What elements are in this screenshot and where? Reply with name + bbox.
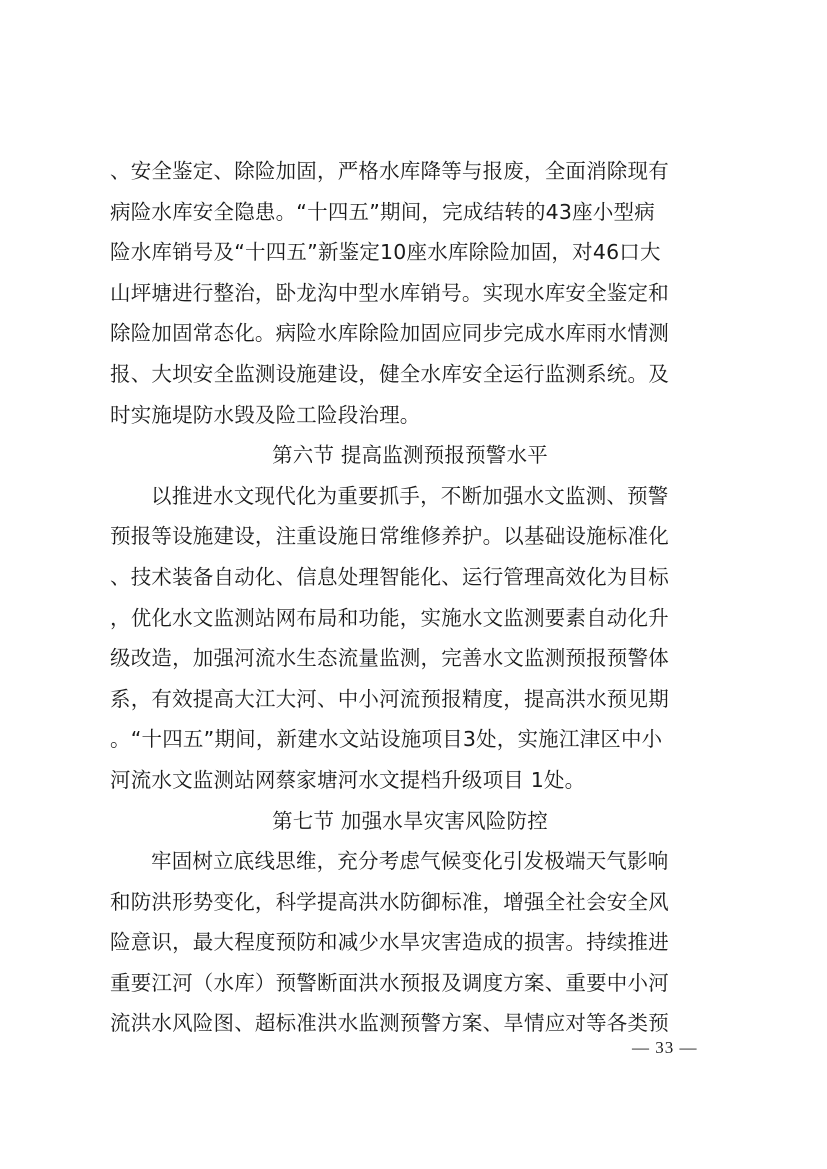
text-line: 流洪水风险图、超标准洪水监测预警方案、旱情应对等各类预: [110, 1003, 710, 1044]
text-line: 。“十四五”期间，新建水文站设施项目3处，实施江津区中小: [110, 719, 710, 760]
text-line: 、技术装备自动化、信息处理智能化、运行管理高效化为目标: [110, 557, 710, 598]
text-line: 山坪塘进行整治，卧龙沟中型水库销号。实现水库安全鉴定和: [110, 273, 710, 314]
text-line: 和防洪形势变化，科学提高洪水防御标准，增强全社会安全风: [110, 882, 710, 923]
text-line: 河流水文监测站网蔡家塘河水文提档升级项目 1处。: [110, 760, 710, 801]
text-line: 病险水库安全隐患。“十四五”期间，完成结转的43座小型病: [110, 192, 710, 233]
text-line: 、安全鉴定、除险加固，严格水库降等与报废，全面消除现有: [110, 151, 710, 192]
text-line: 时实施堤防水毁及险工险段治理。: [110, 395, 710, 436]
document-page: 、安全鉴定、除险加固，严格水库降等与报废，全面消除现有 病险水库安全隐患。“十四…: [0, 0, 827, 1169]
text-line: 除险加固常态化。病险水库除险加固应同步完成水库雨水情测: [110, 313, 710, 354]
page-number: — 33 —: [632, 1038, 698, 1058]
paragraph-start: 牢固树立底线思维，充分考虑气候变化引发极端天气影响: [110, 841, 710, 882]
paragraph-start: 以推进水文现代化为重要抓手，不断加强水文监测、预警: [110, 476, 710, 517]
body-text: 、安全鉴定、除险加固，严格水库降等与报废，全面消除现有 病险水库安全隐患。“十四…: [110, 151, 710, 1044]
text-line: 级改造，加强河流水生态流量监测，完善水文监测预报预警体: [110, 638, 710, 679]
text-line: 险意识，最大程度预防和减少水旱灾害造成的损害。持续推进: [110, 922, 710, 963]
text-line: 预报等设施建设，注重设施日常维修养护。以基础设施标准化: [110, 516, 710, 557]
text-line: 系，有效提高大江大河、中小河流预报精度，提高洪水预见期: [110, 679, 710, 720]
text-line: 报、大坝安全监测设施建设，健全水库安全运行监测系统。及: [110, 354, 710, 395]
section-heading-6: 第六节 提高监测预报预警水平: [110, 435, 710, 476]
section-heading-7: 第七节 加强水旱灾害风险防控: [110, 801, 710, 842]
text-line: 重要江河（水库）预警断面洪水预报及调度方案、重要中小河: [110, 963, 710, 1004]
text-line: ，优化水文监测站网布局和功能，实施水文监测要素自动化升: [110, 598, 710, 639]
text-line: 险水库销号及“十四五”新鉴定10座水库除险加固，对46口大: [110, 232, 710, 273]
